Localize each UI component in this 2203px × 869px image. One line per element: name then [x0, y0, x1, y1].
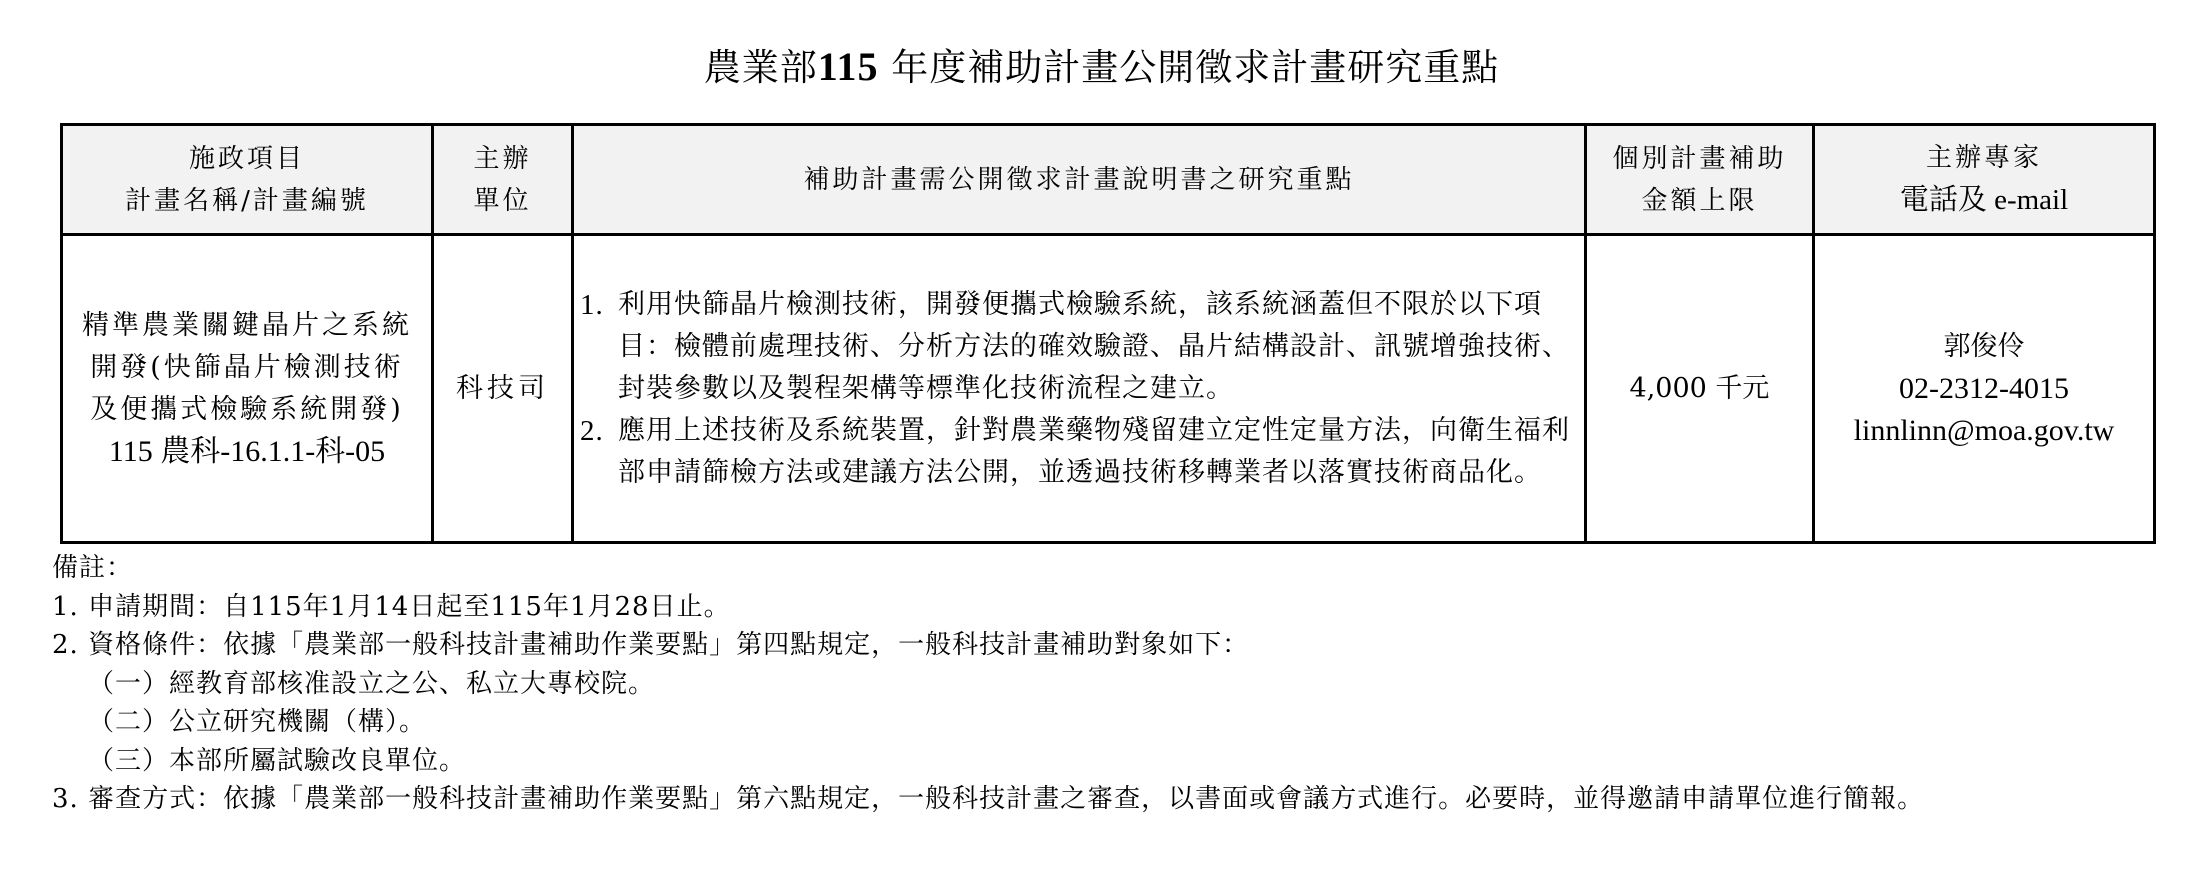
header-unit-line1: 主辦 [434, 138, 571, 180]
research-focus-index: 2. [580, 410, 604, 452]
research-focus-cell: 1. 利用快篩晶片檢測技術，開發便攜式檢驗系統，該系統涵蓋但不限於以下項目：檢體… [573, 235, 1586, 543]
header-plan-name-line1: 施政項目 [63, 138, 431, 180]
research-focus-text: 利用快篩晶片檢測技術，開發便攜式檢驗系統，該系統涵蓋但不限於以下項目：檢體前處理… [618, 289, 1570, 404]
header-unit: 主辦 單位 [433, 125, 573, 235]
title-prefix: 農業部 [704, 46, 818, 89]
note-item: 1. 申請期間：自115年1月14日起至115年1月28日止。 [52, 588, 2192, 627]
plan-code: 115 農科-16.1.1-科-05 [63, 431, 431, 473]
table-header-row: 施政項目 計畫名稱/計畫編號 主辦 單位 補助計畫需公開徵求計畫說明書之研究重點… [62, 125, 2155, 235]
table-row: 精準農業關鍵晶片之系統 開發(快篩晶片檢測技術 及便攜式檢驗系統開發) 115 … [62, 235, 2155, 543]
plan-name-line1: 精準農業關鍵晶片之系統 [63, 305, 431, 347]
unit-cell: 科技司 [433, 235, 573, 543]
research-focus-item: 1. 利用快篩晶片檢測技術，開發便攜式檢驗系統，該系統涵蓋但不限於以下項目：檢體… [580, 284, 1580, 410]
header-contact-line2-text: 電話及 e-mail [1900, 184, 2068, 216]
contact-cell: 郭俊伶 02-2312-4015 linnlinn@moa.gov.tw [1814, 235, 2155, 543]
amount-limit-cell: 4,000 千元 [1586, 235, 1814, 543]
contact-email-link[interactable]: linnlinn@moa.gov.tw [1815, 410, 2153, 452]
document-title: 農業部115 年度補助計畫公開徵求計畫研究重點 [0, 42, 2203, 93]
plan-name-line3: 及便攜式檢驗系統開發) [63, 389, 431, 431]
header-research-focus-line1: 補助計畫需公開徵求計畫說明書之研究重點 [574, 159, 1584, 201]
note-subitem: （三）本部所屬試驗改良單位。 [52, 742, 2192, 781]
note-subitem: （二）公立研究機關（構）。 [52, 703, 2192, 742]
contact-phone: 02-2312-4015 [1815, 368, 2153, 410]
header-amount-limit: 個別計畫補助 金額上限 [1586, 125, 1814, 235]
notes-section: 備註： 1. 申請期間：自115年1月14日起至115年1月28日止。 2. 資… [52, 549, 2192, 819]
header-contact-line2: 電話及 e-mail [1815, 179, 2153, 222]
amount-limit-value: 4,000 千元 [1630, 373, 1770, 404]
header-unit-line2: 單位 [434, 180, 571, 222]
notes-heading: 備註： [52, 549, 2192, 588]
research-focus-text: 應用上述技術及系統裝置，針對農業藥物殘留建立定性定量方法，向衛生福利部申請篩檢方… [618, 415, 1570, 488]
header-contact: 主辦專家 電話及 e-mail [1814, 125, 2155, 235]
header-research-focus: 補助計畫需公開徵求計畫說明書之研究重點 [573, 125, 1586, 235]
research-focus-index: 1. [580, 284, 604, 326]
header-plan-name-line2: 計畫名稱/計畫編號 [63, 180, 431, 222]
title-suffix: 年度補助計畫公開徵求計畫研究重點 [879, 46, 1500, 89]
research-focus-item: 2. 應用上述技術及系統裝置，針對農業藥物殘留建立定性定量方法，向衛生福利部申請… [580, 410, 1580, 494]
research-plan-table: 施政項目 計畫名稱/計畫編號 主辦 單位 補助計畫需公開徵求計畫說明書之研究重點… [60, 123, 2156, 544]
header-amount-line1: 個別計畫補助 [1587, 138, 1812, 180]
note-subitem: （一）經教育部核准設立之公、私立大專校院。 [52, 665, 2192, 704]
header-amount-line2: 金額上限 [1587, 180, 1812, 222]
plan-name-cell: 精準農業關鍵晶片之系統 開發(快篩晶片檢測技術 及便攜式檢驗系統開發) 115 … [62, 235, 433, 543]
note-item: 3. 審查方式：依據「農業部一般科技計畫補助作業要點」第六點規定，一般科技計畫之… [52, 780, 2192, 819]
title-year: 115 [818, 44, 879, 89]
header-plan-name: 施政項目 計畫名稱/計畫編號 [62, 125, 433, 235]
contact-name: 郭俊伶 [1815, 326, 2153, 368]
header-contact-line1: 主辦專家 [1815, 137, 2153, 179]
plan-name-line2: 開發(快篩晶片檢測技術 [63, 347, 431, 389]
note-item: 2. 資格條件：依據「農業部一般科技計畫補助作業要點」第四點規定，一般科技計畫補… [52, 626, 2192, 665]
